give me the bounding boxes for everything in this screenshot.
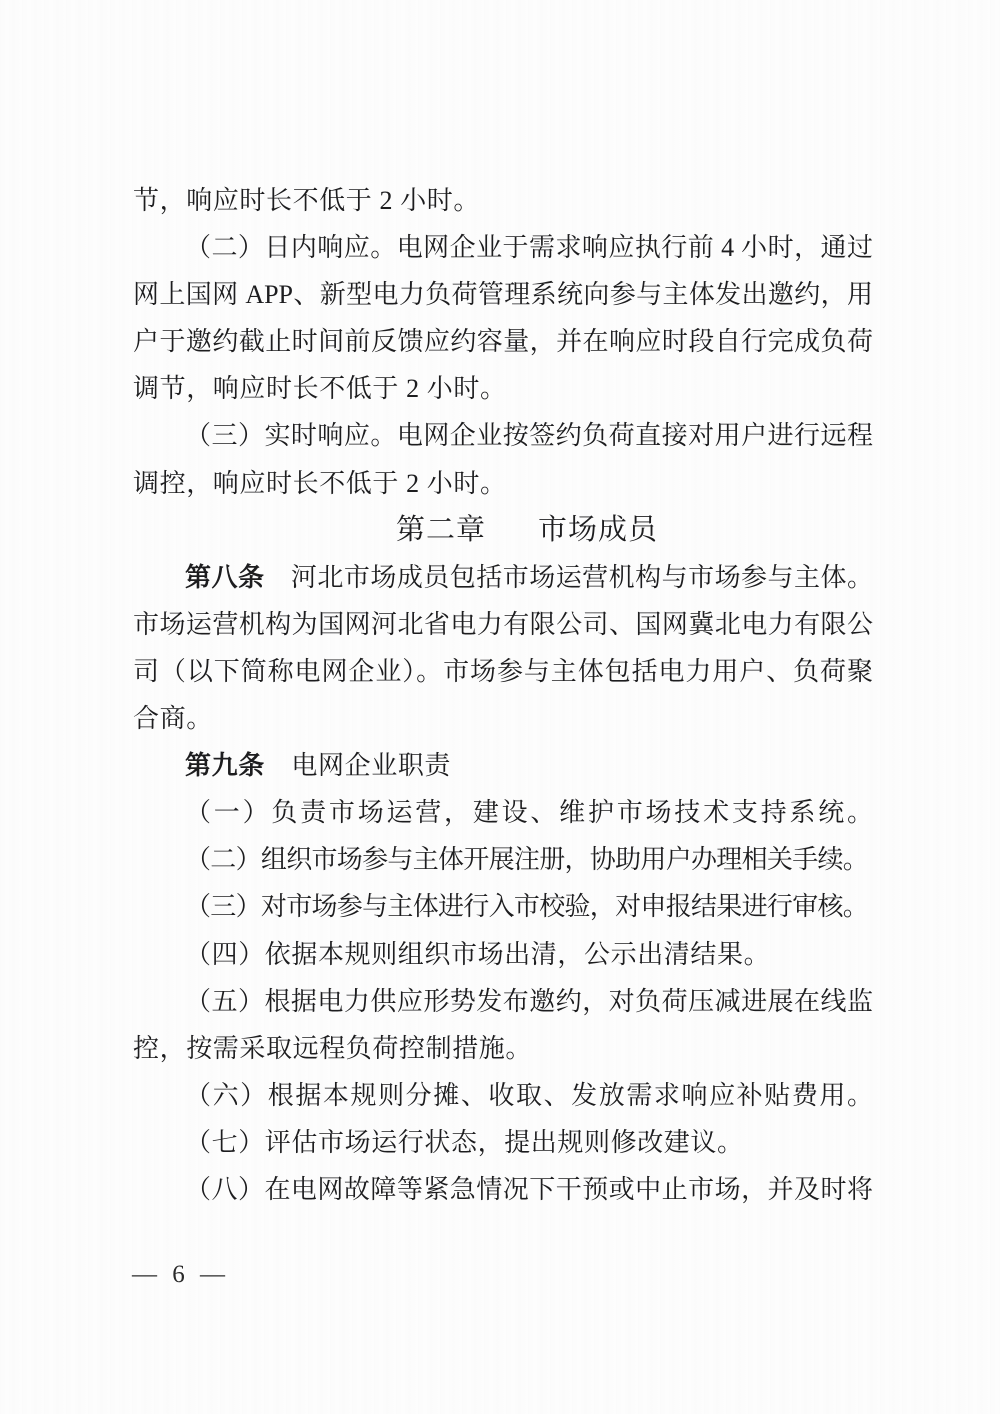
text-line: 司（以下简称电网企业）。市场参与主体包括电力用户、负荷聚 [133,648,873,695]
text-segment: （二）组织市场参与主体开展注册，协助用户办理相关手续。 [185,845,868,874]
text-segment: 市场成员 [538,514,658,546]
text-line: （四）依据本规则组织市场出清，公示出清结果。 [133,931,873,978]
text-segment: （四）依据本规则组织市场出清，公示出清结果。 [185,940,770,969]
text-segment: 网上国网 APP、新型电力负荷管理系统向参与主体发出邀约，用 [133,280,873,309]
text-segment: 调节，响应时长不低于 2 小时。 [133,374,507,403]
article-number: 第八条 [185,562,264,592]
text-segment: （五）根据电力供应形势发布邀约，对负荷压减进展在线监 [185,987,873,1016]
text-line: 网上国网 APP、新型电力负荷管理系统向参与主体发出邀约，用 [133,271,873,318]
text-line: （一）负责市场运营，建设、维护市场技术支持系统。 [133,789,873,836]
text-line: （八）在电网故障等紧急情况下干预或中止市场，并及时将 [133,1166,873,1213]
text-segment: 控，按需采取远程负荷控制措施。 [133,1034,532,1063]
text-line: 调控，响应时长不低于 2 小时。 [133,460,873,507]
text-line: 市场运营机构为国网河北省电力有限公司、国网冀北电力有限公 [133,601,873,648]
text-line: （六）根据本规则分摊、收取、发放需求响应补贴费用。 [133,1072,873,1119]
text-segment: （八）在电网故障等紧急情况下干预或中止市场，并及时将 [185,1175,873,1204]
text-segment: （六）根据本规则分摊、收取、发放需求响应补贴费用。 [185,1081,873,1110]
text-line: 户于邀约截止时间前反馈应约容量，并在响应时段自行完成负荷 [133,318,873,365]
text-segment: 节，响应时长不低于 2 小时。 [133,186,480,215]
text-line: （二）日内响应。电网企业于需求响应执行前 4 小时，通过 [133,224,873,271]
article-number: 第九条 [185,750,265,780]
text-line: （五）根据电力供应形势发布邀约，对负荷压减进展在线监 [133,978,873,1025]
text-line: 合商。 [133,695,873,742]
page-number: — 6 — [132,1261,226,1289]
text-line: （三）实时响应。电网企业按签约负荷直接对用户进行远程 [133,412,873,459]
text-line: 第八条 河北市场成员包括市场运营机构与市场参与主体。 [133,554,873,601]
document-page: 节，响应时长不低于 2 小时。（二）日内响应。电网企业于需求响应执行前 4 小时… [0,0,1000,1414]
text-segment: （二）日内响应。电网企业于需求响应执行前 4 小时，通过 [185,233,873,262]
text-segment: （三）对市场参与主体进行入市校验，对申报结果进行审核。 [185,892,868,921]
text-segment: （三）实时响应。电网企业按签约负荷直接对用户进行远程 [185,421,873,450]
text-segment: 户于邀约截止时间前反馈应约容量，并在响应时段自行完成负荷 [133,327,873,356]
text-line: 调节，响应时长不低于 2 小时。 [133,365,873,412]
text-segment: 河北市场成员包括市场运营机构与市场参与主体。 [264,563,873,592]
text-line: （七）评估市场运行状态，提出规则修改建议。 [133,1119,873,1166]
text-segment: 调控，响应时长不低于 2 小时。 [133,469,507,498]
text-line: 控，按需采取远程负荷控制措施。 [133,1025,873,1072]
text-block: 节，响应时长不低于 2 小时。（二）日内响应。电网企业于需求响应执行前 4 小时… [133,177,873,1213]
text-segment: （一）负责市场运营，建设、维护市场技术支持系统。 [185,798,873,827]
text-line: （二）组织市场参与主体开展注册，协助用户办理相关手续。 [133,836,873,883]
text-segment: 合商。 [133,704,213,733]
text-line: 节，响应时长不低于 2 小时。 [133,177,873,224]
text-segment: 司（以下简称电网企业）。市场参与主体包括电力用户、负荷聚 [133,657,873,686]
text-line: （三）对市场参与主体进行入市校验，对申报结果进行审核。 [133,883,873,930]
text-line: 第九条 电网企业职责 [133,742,873,789]
text-segment: 第二章 [396,514,486,546]
chapter-heading: 第二章市场成员 [133,507,873,554]
text-segment: （七）评估市场运行状态，提出规则修改建议。 [185,1128,744,1157]
text-segment: 市场运营机构为国网河北省电力有限公司、国网冀北电力有限公 [133,610,873,639]
text-segment: 电网企业职责 [265,751,451,780]
